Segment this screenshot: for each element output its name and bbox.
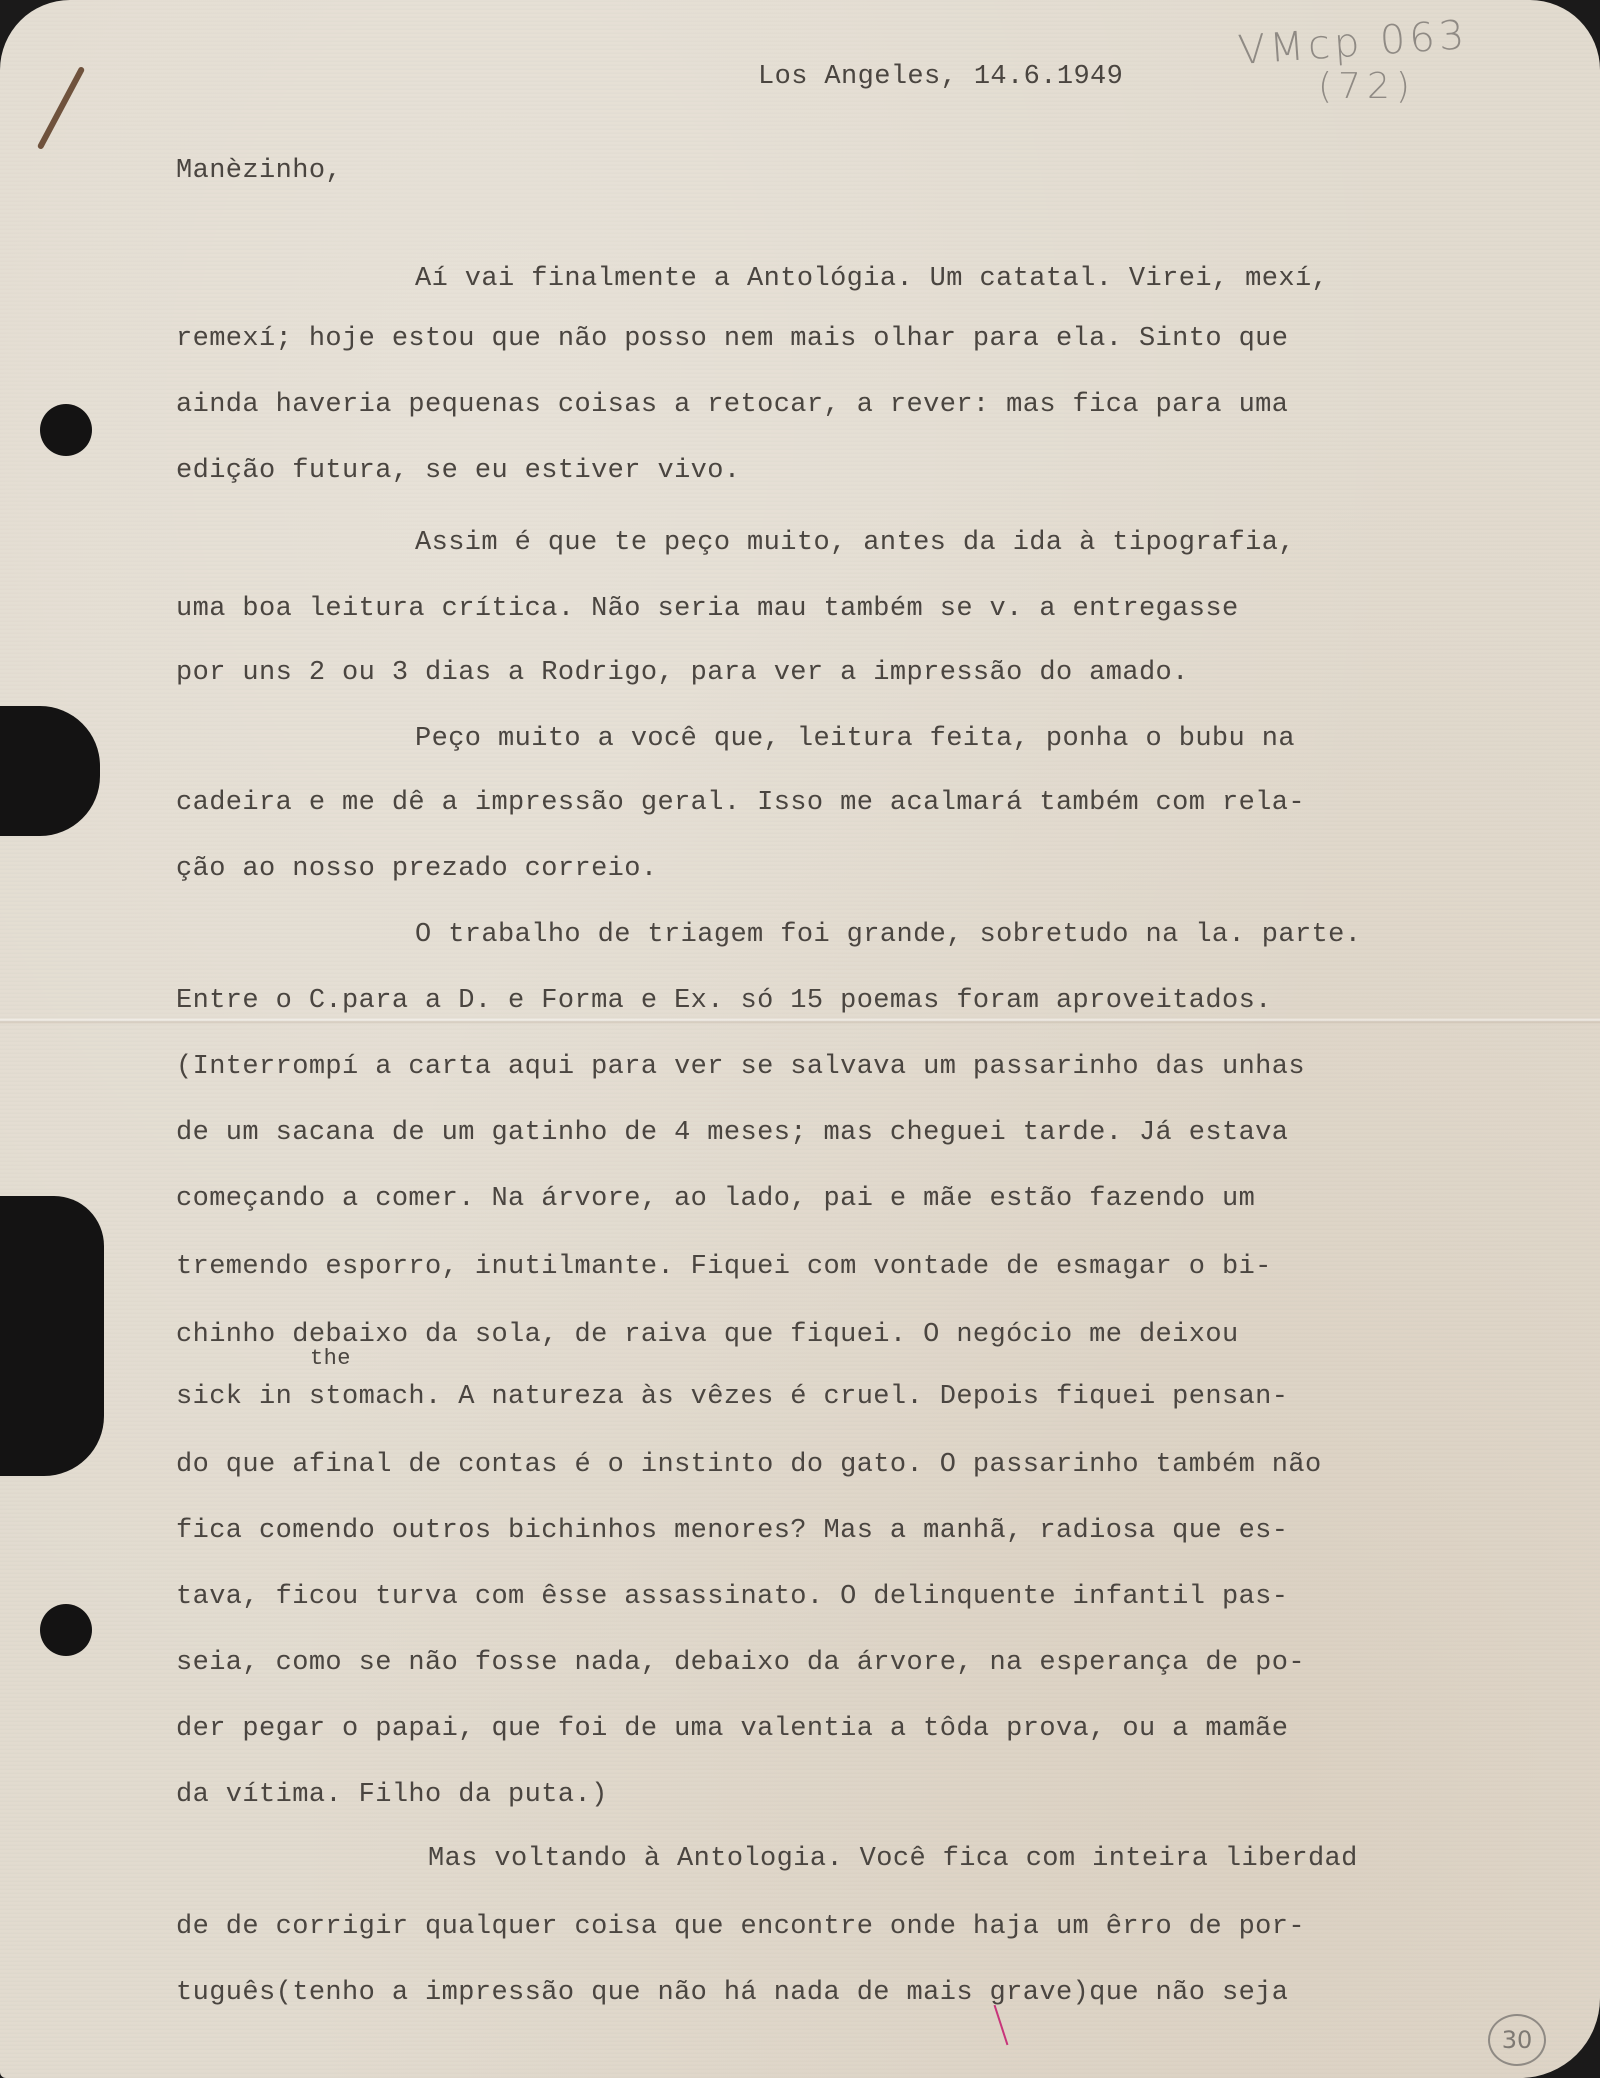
paper-fold-crease <box>0 1018 1600 1024</box>
letter-line-10: ção ao nosso prezado correio. <box>176 856 657 883</box>
letter-line-9: cadeira e me dê a impressão geral. Isso … <box>176 790 1305 817</box>
letter-line-14: de um sacana de um gatinho de 4 meses; m… <box>176 1120 1288 1147</box>
torn-punch-hole-lower <box>0 1196 104 1476</box>
salutation: Manèzinho, <box>176 158 342 185</box>
page-number: 30 <box>1488 2014 1546 2066</box>
letter-line-15: começando a comer. Na árvore, ao lado, p… <box>176 1186 1255 1213</box>
punch-hole-top <box>40 404 92 456</box>
letter-line-18: sick in stomach. A natureza às vêzes é c… <box>176 1384 1288 1411</box>
letter-line-25: Mas voltando à Antologia. Você fica com … <box>428 1846 1358 1873</box>
letter-line-22: seia, como se não fosse nada, debaixo da… <box>176 1650 1305 1677</box>
letter-line-8: Peço muito a você que, leitura feita, po… <box>415 726 1295 753</box>
letter-line-13: (Interrompí a carta aqui para ver se sal… <box>176 1054 1305 1081</box>
punch-hole-bottom <box>40 1604 92 1656</box>
interlinear-insertion: the <box>310 1348 351 1370</box>
letter-line-12: Entre o C.para a D. e Forma e Ex. só 15 … <box>176 988 1272 1015</box>
letter-line-3: ainda haveria pequenas coisas a retocar,… <box>176 392 1288 419</box>
letter-page: VMcp 063 (72) Los Angeles, 14.6.1949 Man… <box>0 0 1600 2078</box>
letter-line-2: remexí; hoje estou que não posso nem mai… <box>176 326 1288 353</box>
letter-line-24: da vítima. Filho da puta.) <box>176 1782 608 1809</box>
letter-line-1: Aí vai finalmente a Antológia. Um catata… <box>415 266 1328 293</box>
letter-line-5: Assim é que te peço muito, antes da ida … <box>415 530 1295 557</box>
letter-line-21: tava, ficou turva com êsse assassinato. … <box>176 1584 1288 1611</box>
letter-line-19: do que afinal de contas é o instinto do … <box>176 1452 1322 1479</box>
letter-line-27: tuguês(tenho a impressão que não há nada… <box>176 1980 1288 2007</box>
archive-code: VMcp 063 <box>1237 12 1470 74</box>
letter-line-7: por uns 2 ou 3 dias a Rodrigo, para ver … <box>176 660 1189 687</box>
letter-line-20: fica comendo outros bichinhos menores? M… <box>176 1518 1288 1545</box>
letter-line-6: uma boa leitura crítica. Não seria mau t… <box>176 596 1239 623</box>
letter-line-16: tremendo esporro, inutilmante. Fiquei co… <box>176 1254 1272 1281</box>
letter-line-17: chinho debaixo da sola, de raiva que fiq… <box>176 1322 1239 1349</box>
letter-line-26: de de corrigir qualquer coisa que encont… <box>176 1914 1305 1941</box>
letter-line-23: der pegar o papai, que foi de uma valent… <box>176 1716 1288 1743</box>
archive-number: (72) <box>1318 66 1416 107</box>
place-date: Los Angeles, 14.6.1949 <box>758 64 1123 91</box>
letter-line-11: O trabalho de triagem foi grande, sobret… <box>415 922 1361 949</box>
letter-line-4: edição futura, se eu estiver vivo. <box>176 458 741 485</box>
pencil-mark <box>37 66 85 150</box>
red-pen-mark <box>994 2005 1009 2046</box>
